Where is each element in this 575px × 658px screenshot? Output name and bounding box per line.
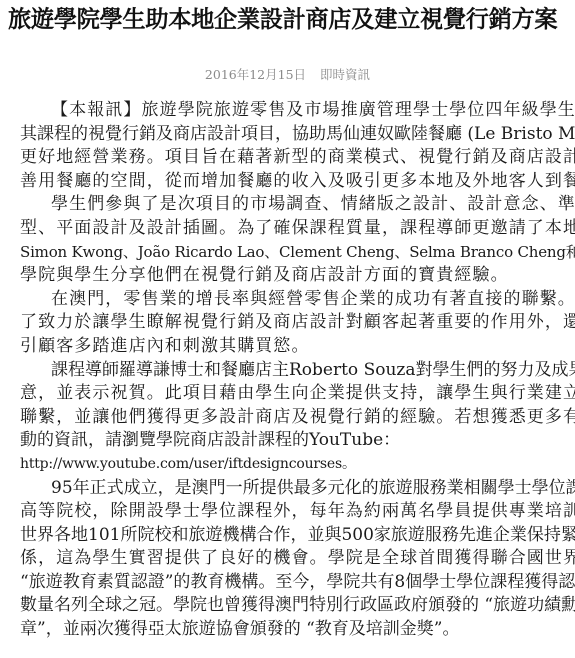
text-line: 學生們參與了是次項目的市場調查、情緒版之設計、設計意念、準備立體模 [20,193,568,217]
text-line: 更好地經營業務。項目旨在藉著新型的商業模式、視覺行銷及商店設計等方法來 [20,146,568,170]
text-line: 【本報訊】旅遊學院旅遊零售及市場推廣管理學士學位四年級學生成功透過 [20,99,568,123]
text-line: 型、平面設計及設計插圖。為了確保課程質量，課程導師更邀請了本地資深人士 [20,217,568,241]
paragraph-macau-retail: 在澳門，零售業的增長率與經營零售企業的成功有著直接的聯繫。此課程除 了致力於讓學… [20,288,568,359]
category-link[interactable]: 即時資訊 [320,67,370,82]
text-line: 了致力於讓學生瞭解視覺行銷及商店設計對顧客起著重要的作用外，還希望能吸 [20,311,568,335]
text-line: 95年正式成立，是澳門一所提供最多元化的旅遊服務業相關學士學位課程的 [20,477,568,501]
text-line: 世界各地101所院校和旅遊機構合作，並與500家旅遊服務先進企業保持緊密關 [20,524,568,548]
text-line: 引顧客多踏進店內和刺激其購買慾。 [20,335,568,359]
text-line: 係，這為學生實習提供了良好的機會。學院是全球首間獲得聯合國世界旅遊組織 [20,547,568,571]
text-line: 聯繫，並讓他們獲得更多設計商店及視覺行銷的經驗。若想獲悉更多有關上述活 [20,406,568,430]
text-line: 學院與學生分享他們在視覺行銷及商店設計方面的寶貴經驗。 [20,264,568,288]
text-line: 動的資訊，請瀏覽學院商店設計課程的YouTube： [20,429,568,453]
text-line: 數量名列全球之冠。學院也曾獲得澳門特別行政區政府頒發的 “旅遊功績勳 [20,594,568,618]
paragraph-intro: 【本報訊】旅遊學院旅遊零售及市場推廣管理學士學位四年級學生成功透過 其課程的視覺… [20,99,568,193]
youtube-link[interactable]: http://www.youtube.com/user/iftdesigncou… [20,453,568,477]
paragraph-congratulations: 課程導師羅導謙博士和餐廳店主Roberto Souza對學生們的努力及成果感到滿… [20,359,568,477]
text-line: “旅遊教育素質認證”的教育機構。至今，學院共有8個學士學位課程獲得認證， [20,571,568,595]
text-line: 章”，並兩次獲得亞太旅遊協會頒發的 “教育及培訓金獎”。 [20,618,568,642]
article-meta: 2016年12月15日即時資訊 [0,66,575,84]
text-line: 在澳門，零售業的增長率與經營零售企業的成功有著直接的聯繫。此課程除 [20,288,568,312]
article-title: 旅遊學院學生助本地企業設計商店及建立視覺行銷方案 [8,4,570,36]
paragraph-project-details: 學生們參與了是次項目的市場調查、情緒版之設計、設計意念、準備立體模 型、平面設計… [20,193,568,287]
publish-date: 2016年12月15日 [205,67,306,82]
text-line: 意，並表示祝賀。此項目藉由學生向企業提供支持，讓學生與行業建立更緊密的 [20,382,568,406]
text-line: 高等院校，除開設學士學位課程外，每年為約兩萬名學員提供專業培訓。學院與 [20,500,568,524]
text-line: 其課程的視覺行銷及商店設計項目，協助馬仙連奴歐陸餐廳 (Le Bristo Ma… [20,123,568,147]
paragraph-about-institute: 95年正式成立，是澳門一所提供最多元化的旅遊服務業相關學士學位課程的 高等院校，… [20,477,568,642]
text-line: 善用餐廳的空間，從而增加餐廳的收入及吸引更多本地及外地客人到餐廳用膳。 [20,170,568,194]
text-line: Simon Kwong、João Ricardo Lao、Clement Che… [20,241,568,265]
article-body: 【本報訊】旅遊學院旅遊零售及市場推廣管理學士學位四年級學生成功透過 其課程的視覺… [20,99,568,642]
text-line: 課程導師羅導謙博士和餐廳店主Roberto Souza對學生們的努力及成果感到滿 [20,359,568,383]
